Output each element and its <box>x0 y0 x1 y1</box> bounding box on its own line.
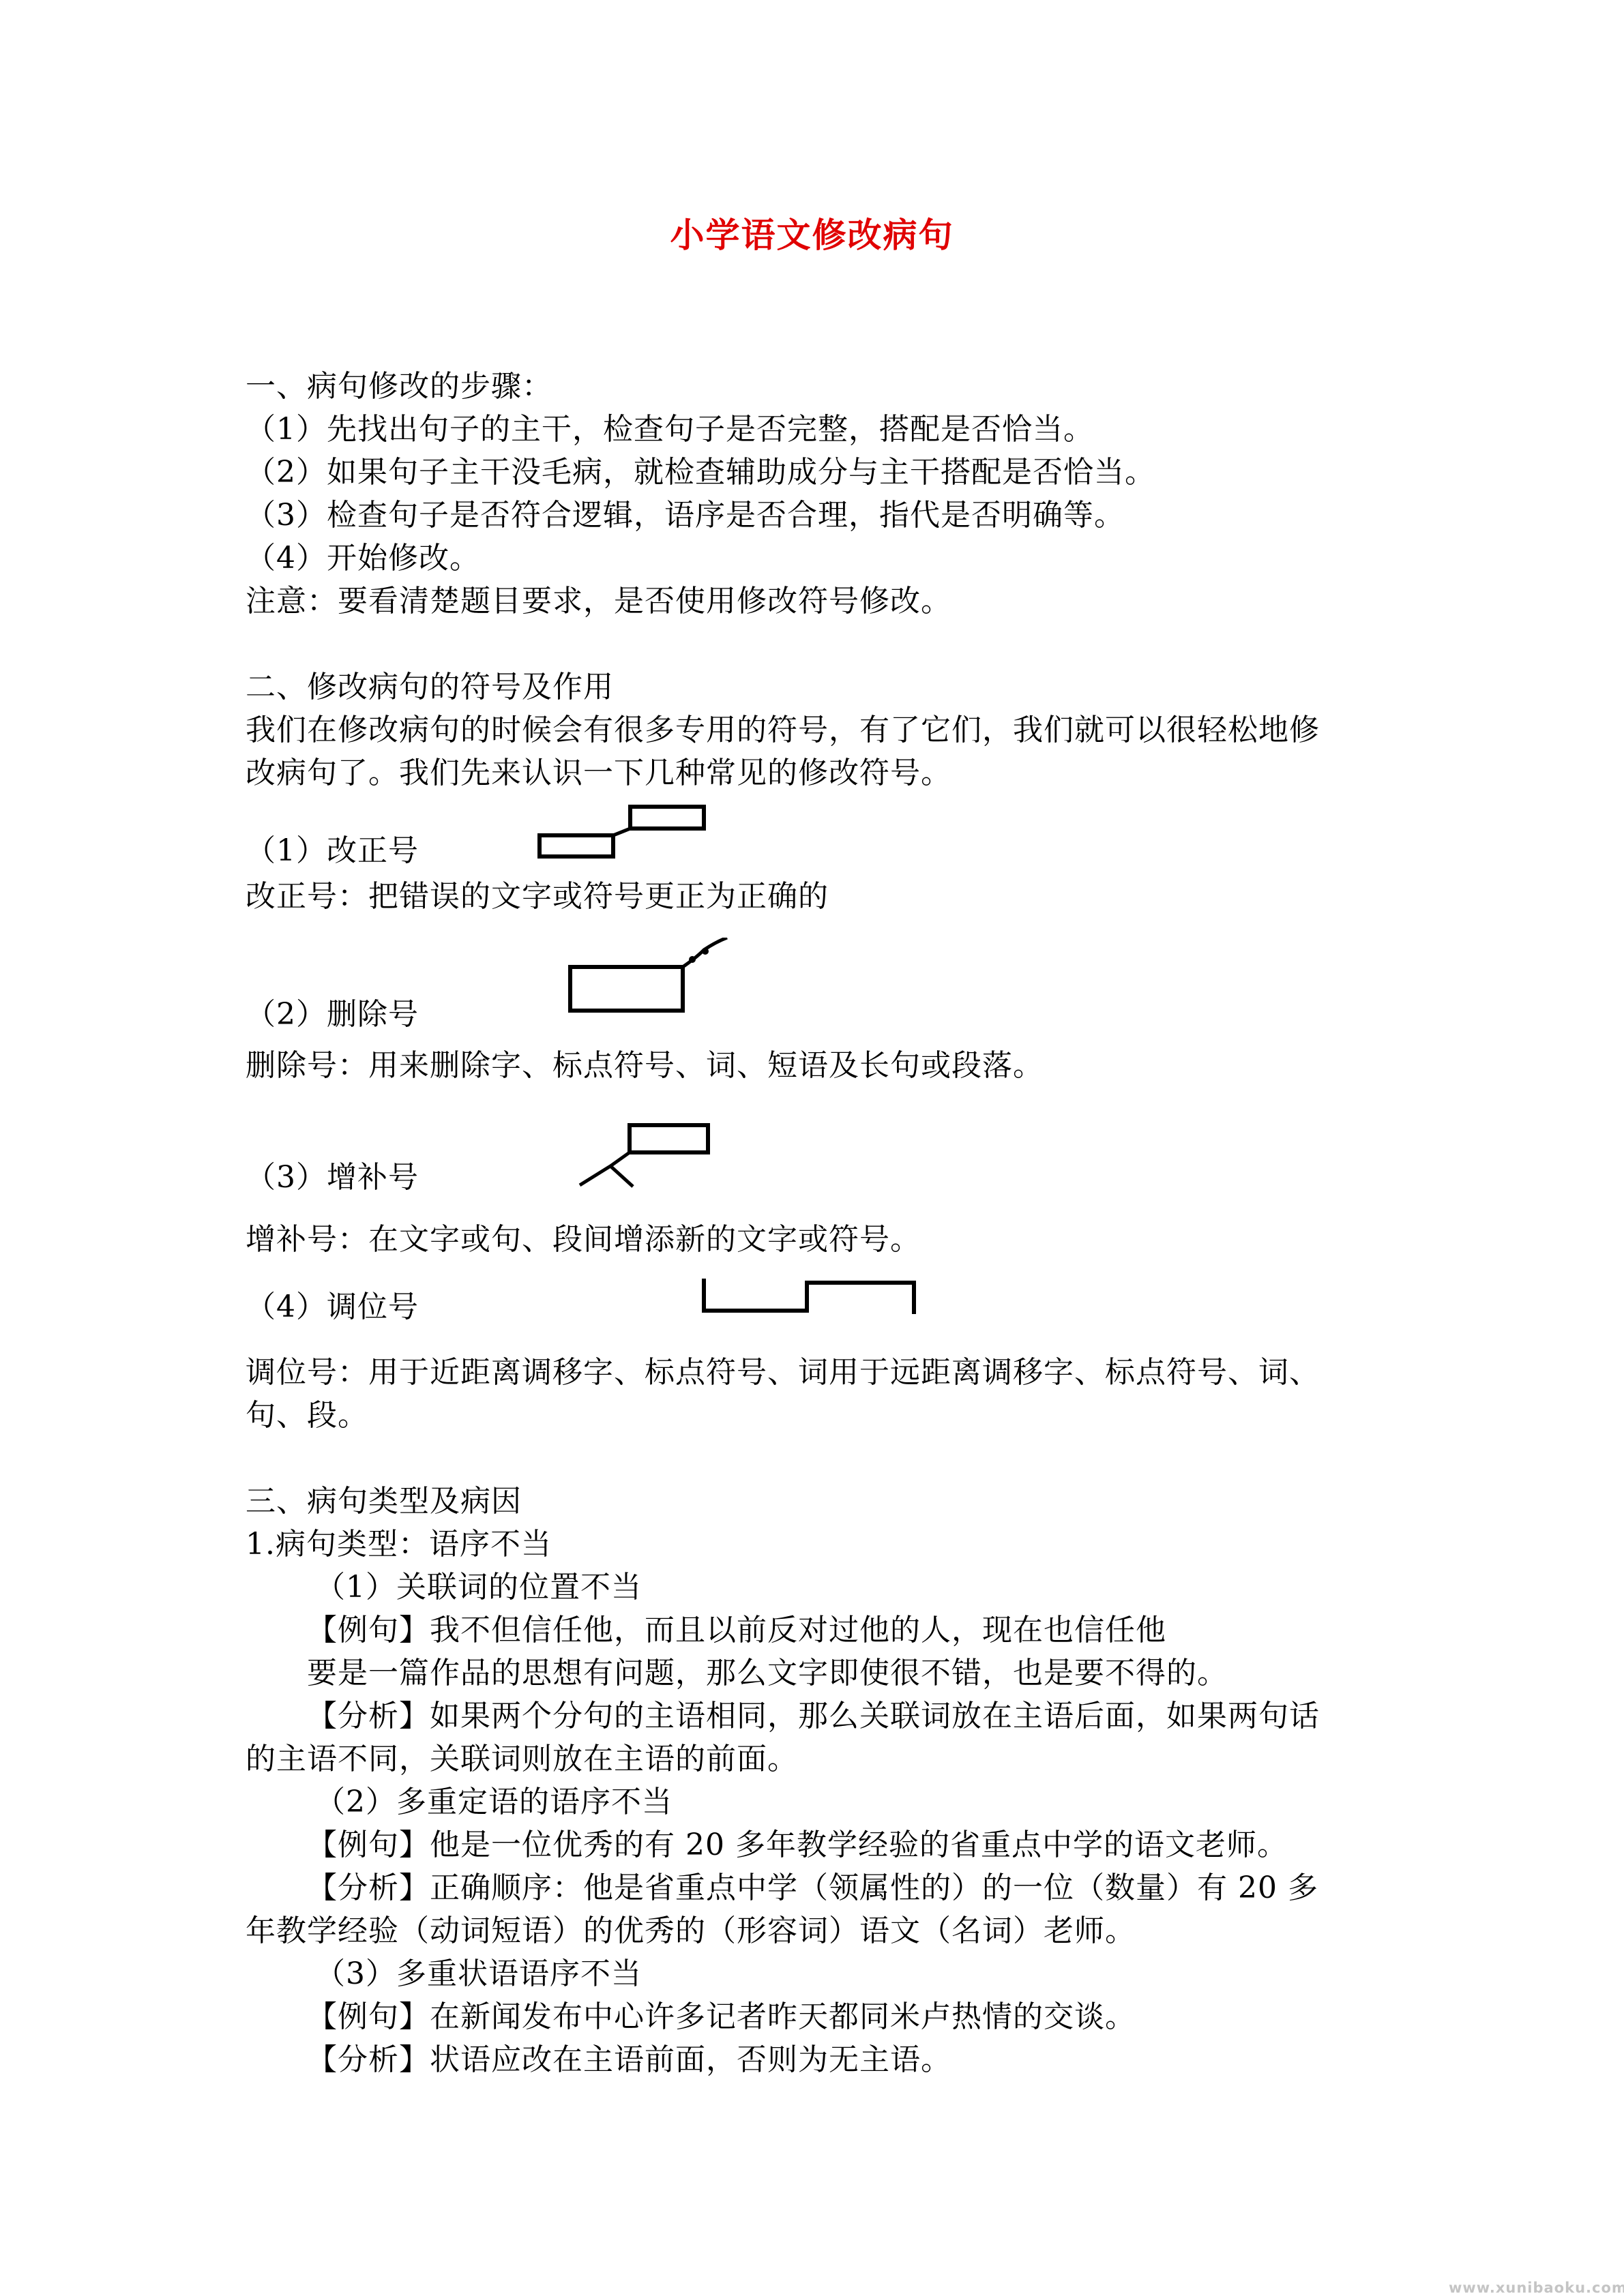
example-sentence: 【例句】他是一位优秀的有 20 多年教学经验的省重点中学的语文老师。 <box>307 1825 1288 1866</box>
analysis-text: 的主语不同，关联词则放在主语的前面。 <box>246 1739 798 1780</box>
example-sentence: 【例句】我不但信任他，而且以前反对过他的人，现在也信任他 <box>307 1610 1166 1651</box>
symbol-description-insertion: 增补号：在文字或句、段间增添新的文字或符号。 <box>246 1219 921 1260</box>
step-item: （2）如果句子主干没毛病，就检查辅助成分与主干搭配是否恰当。 <box>246 452 1155 493</box>
correction-mark-icon <box>532 801 709 869</box>
symbol-description-correction: 改正号：把错误的文字或符号更正为正确的 <box>246 876 829 917</box>
section-heading-steps: 一、病句修改的步骤： <box>246 366 552 407</box>
step-item: （3）检查句子是否符合逻辑，语序是否合理，指代是否明确等。 <box>246 495 1125 536</box>
step-item: （1）先找出句子的主干，检查句子是否完整，搭配是否恰当。 <box>246 409 1094 450</box>
note-text: 注意：要看清楚题目要求，是否使用修改符号修改。 <box>246 581 951 622</box>
symbol-description-deletion: 删除号：用来删除字、标点符号、词、短语及长句或段落。 <box>246 1045 1044 1086</box>
example-sentence: 要是一篇作品的思想有问题，那么文字即使很不错，也是要不得的。 <box>307 1653 1228 1694</box>
symbol-label-transposition: （4）调位号 <box>246 1287 419 1328</box>
type-heading: 1.病句类型：语序不当 <box>246 1524 552 1565</box>
subsection-title: （1）关联词的位置不当 <box>315 1567 642 1608</box>
transposition-mark-icon <box>696 1272 921 1320</box>
insertion-mark-icon <box>559 1118 737 1200</box>
analysis-text: 【分析】状语应改在主语前面，否则为无主语。 <box>307 2040 951 2081</box>
deletion-mark-icon <box>559 938 743 1026</box>
analysis-text: 【分析】正确顺序：他是省重点中学（领属性的）的一位（数量）有 20 多 <box>307 1868 1318 1909</box>
page-title: 小学语文修改病句 <box>0 213 1624 258</box>
analysis-text: 年教学经验（动词短语）的优秀的（形容词）语文（名词）老师。 <box>246 1911 1136 1952</box>
step-item: （4）开始修改。 <box>246 538 480 579</box>
symbol-description-transposition: 调位号：用于近距离调移字、标点符号、词用于远距离调移字、标点符号、词、 <box>246 1352 1320 1393</box>
analysis-text: 【分析】如果两个分句的主语相同，那么关联词放在主语后面，如果两句话 <box>307 1696 1320 1737</box>
subsection-title: （3）多重状语语序不当 <box>315 1954 642 1995</box>
document-page: 小学语文修改病句 一、病句修改的步骤： （1）先找出句子的主干，检查句子是否完整… <box>0 0 1624 2296</box>
section-heading-symbols: 二、修改病句的符号及作用 <box>246 667 614 708</box>
intro-text: 我们在修改病句的时候会有很多专用的符号，有了它们，我们就可以很轻松地修 <box>246 710 1320 751</box>
watermark: www.xunibaoku.com <box>1449 2280 1624 2296</box>
symbol-label-correction: （1）改正号 <box>246 831 419 871</box>
symbol-description-transposition: 句、段。 <box>246 1395 368 1436</box>
symbol-label-deletion: （2）删除号 <box>246 994 419 1035</box>
example-sentence: 【例句】在新闻发布中心许多记者昨天都同米卢热情的交谈。 <box>307 1997 1136 2038</box>
section-heading-types: 三、病句类型及病因 <box>246 1481 522 1522</box>
intro-text: 改病句了。我们先来认识一下几种常见的修改符号。 <box>246 753 951 794</box>
symbol-label-insertion: （3）增补号 <box>246 1157 419 1198</box>
subsection-title: （2）多重定语的语序不当 <box>315 1782 673 1823</box>
